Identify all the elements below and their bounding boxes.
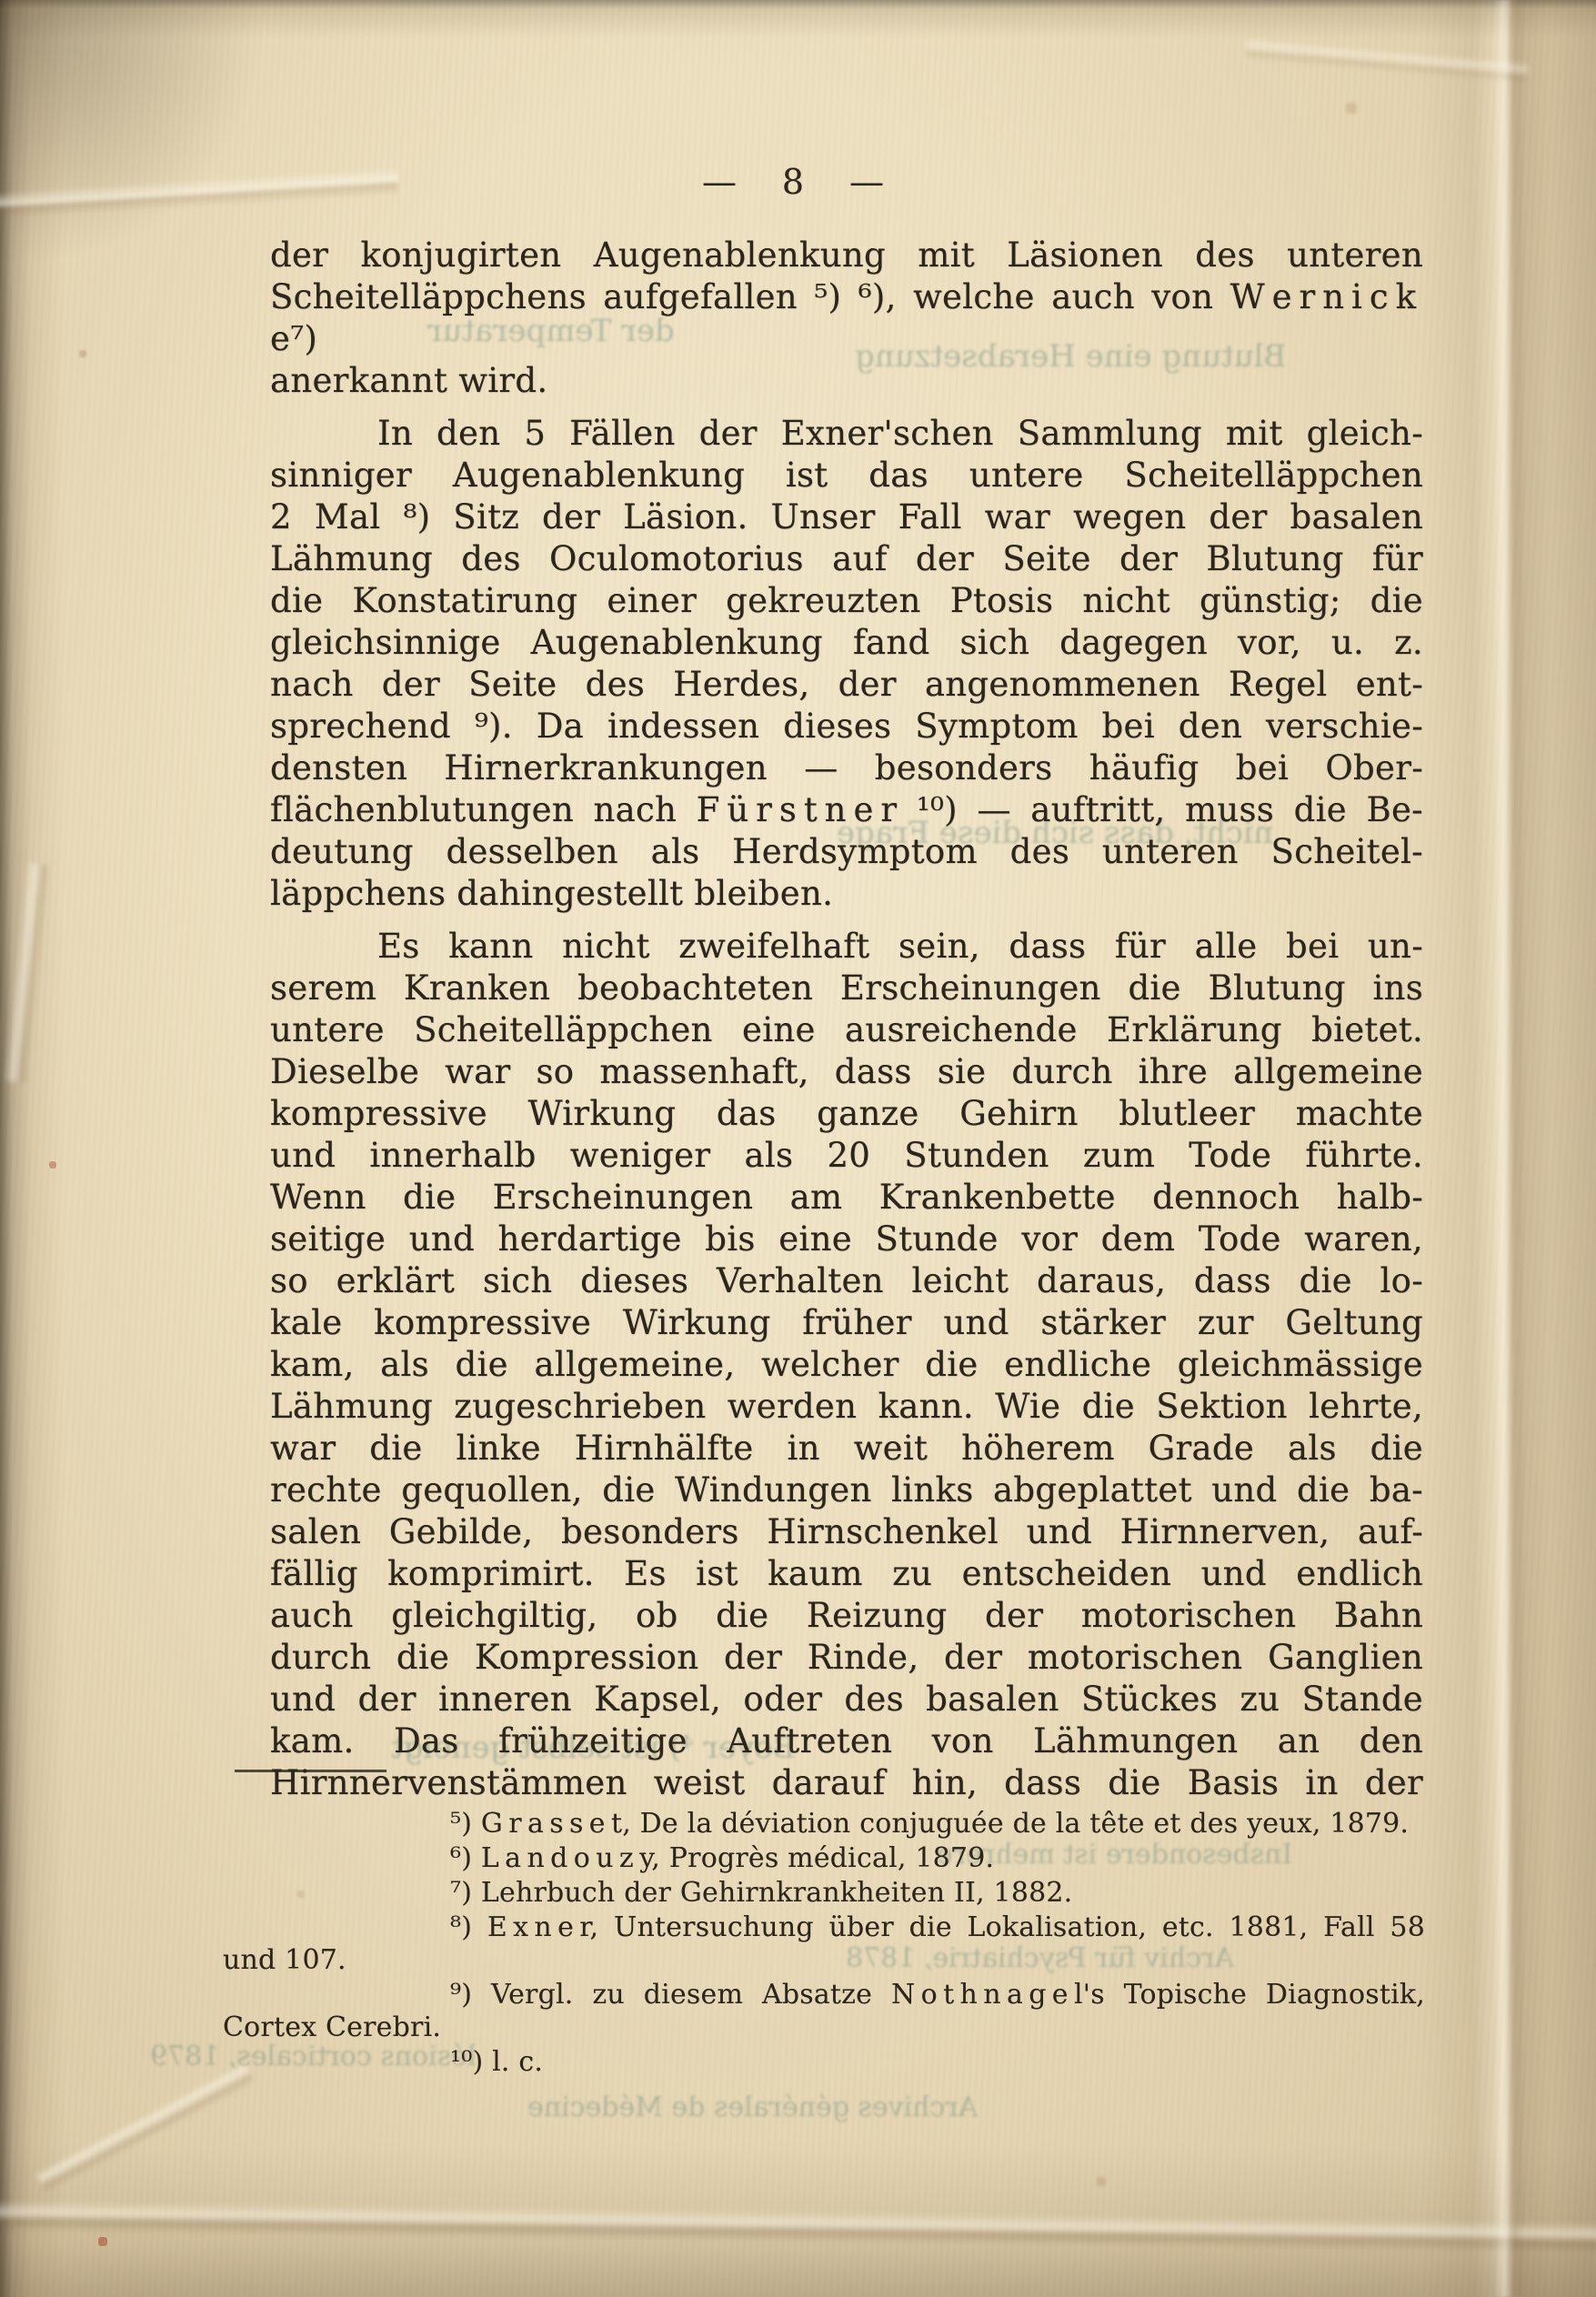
paper-crease [0,2200,1596,2253]
text-line: 2 Mal ⁸) Sitz der Läsion. Unser Fall war… [270,497,1423,538]
text-line: kompressive Wirkung das ganze Gehirn blu… [270,1093,1423,1135]
text-line: Hirnnervenstämmen weist darauf hin, dass… [270,1762,1423,1804]
text-line: deutung desselben als Herdsymptom des un… [270,831,1423,873]
footnote: ⁹) Vergl. zu diesem Absatze N o t h n a … [223,1979,1425,2044]
footnote-line: ⁷) Lehrbuch der Gehirnkrankheiten II, 18… [223,1877,1425,1910]
text-line: sinniger Augenablenkung ist das untere S… [270,455,1423,497]
text-line: und innerhalb weniger als 20 Stunden zum… [270,1135,1423,1177]
text-line: läppchens dahingestellt bleiben. [270,873,1423,915]
footnote: ⁵) G r a s s e t, De la déviation conjug… [223,1808,1425,1841]
text-line: In den 5 Fällen der Exner'schen Sammlung… [270,413,1423,455]
footnote-line: ⁸) E x n e r, Untersuchung über die Loka… [223,1911,1425,1944]
text-line: Dieselbe war so massenhaft, dass sie dur… [270,1051,1423,1093]
text-line: anerkannt wird. [270,360,1423,402]
text-line: sprechend ⁹). Da indessen dieses Symptom… [270,706,1423,747]
text-line: Lähmung zugeschrieben werden kann. Wie d… [270,1386,1423,1428]
text-line: serem Kranken beobachteten Erscheinungen… [270,968,1423,1009]
footnote-line: ⁹) Vergl. zu diesem Absatze N o t h n a … [223,1979,1425,2011]
page-number: — 8 — [702,162,884,202]
footnotes: ⁵) G r a s s e t, De la déviation conjug… [223,1808,1425,2081]
footnote: ⁶) L a n d o u z y, Progrès médical, 187… [223,1842,1425,1875]
text-line: flächenblutungen nach F ü r s t n e r ¹⁰… [270,789,1423,831]
text-line: kam, als die allgemeine, welcher die end… [270,1344,1423,1386]
text-line: fällig komprimirt. Es ist kaum zu entsch… [270,1553,1423,1595]
text-line: Wenn die Erscheinungen am Krankenbette d… [270,1177,1423,1219]
text-line: auch gleichgiltig, ob die Reizung der mo… [270,1595,1423,1637]
paper-fold [1493,0,1524,2297]
text-line: seitige und herdartige bis eine Stunde v… [270,1219,1423,1260]
paragraph: Es kann nicht zweifelhaft sein, dass für… [270,926,1423,1804]
paper-crease [4,863,52,1083]
footnote: ¹⁰) l. c. [223,2046,1425,2079]
text-line: nach der Seite des Herdes, der angenomme… [270,664,1423,706]
paper-crease [0,167,398,219]
text-line: durch die Kompression der Rinde, der mot… [270,1637,1423,1679]
footnote-line: und 107. [223,1944,1425,1977]
text-line: Es kann nicht zweifelhaft sein, dass für… [270,926,1423,968]
text-line: Scheitelläppchens aufgefallen ⁵) ⁶), wel… [270,276,1423,360]
paper-crease [1246,41,1529,84]
text-line: salen Gebilde, besonders Hirnschenkel un… [270,1511,1423,1553]
footnote: ⁷) Lehrbuch der Gehirnkrankheiten II, 18… [223,1877,1425,1910]
text-line: war die linke Hirnhälfte in weit höherem… [270,1428,1423,1469]
page-number-dash-left: — [702,162,737,202]
footnote-separator [235,1770,386,1772]
body-text: der konjugirten Augenablenkung mit Läsio… [270,235,1423,1804]
footnote-line: ⁶) L a n d o u z y, Progrès médical, 187… [223,1842,1425,1875]
text-line: gleichsinnige Augenablenkung fand sich d… [270,622,1423,664]
text-line: Lähmung des Oculomotorius auf der Seite … [270,538,1423,580]
footnote-line: ¹⁰) l. c. [223,2046,1425,2079]
text-line: densten Hirnerkrankungen — besonders häu… [270,747,1423,789]
paper-crease [36,2064,255,2192]
text-line: und der inneren Kapsel, oder des basalen… [270,1679,1423,1720]
text-line: untere Scheitelläppchen eine ausreichend… [270,1009,1423,1051]
page-number-value: 8 [782,162,804,202]
page-number-dash-right: — [849,162,884,202]
text-line: rechte gequollen, die Windungen links ab… [270,1469,1423,1511]
footnote-line: Cortex Cerebri. [223,2011,1425,2044]
text-line: kam. Das frühzeitige Auftreten von Lähmu… [270,1720,1423,1762]
foxing-stains [0,0,2,2]
text-line: kale kompressive Wirkung früher und stär… [270,1302,1423,1344]
footnote: ⁸) E x n e r, Untersuchung über die Loka… [223,1911,1425,1977]
bleedthrough-text: Archives générales de Médecine [527,2091,978,2123]
text-line: der konjugirten Augenablenkung mit Läsio… [270,235,1423,276]
text-line: so erklärt sich dieses Verhalten leicht … [270,1260,1423,1302]
scanned-book-page: der TemperaturBlutung eine Herabsetzungn… [0,0,1596,2297]
footnote-line: ⁵) G r a s s e t, De la déviation conjug… [223,1808,1425,1841]
paragraph: der konjugirten Augenablenkung mit Läsio… [270,235,1423,402]
text-line: die Konstatirung einer gekreuzten Ptosis… [270,580,1423,622]
paragraph: In den 5 Fällen der Exner'schen Sammlung… [270,413,1423,915]
